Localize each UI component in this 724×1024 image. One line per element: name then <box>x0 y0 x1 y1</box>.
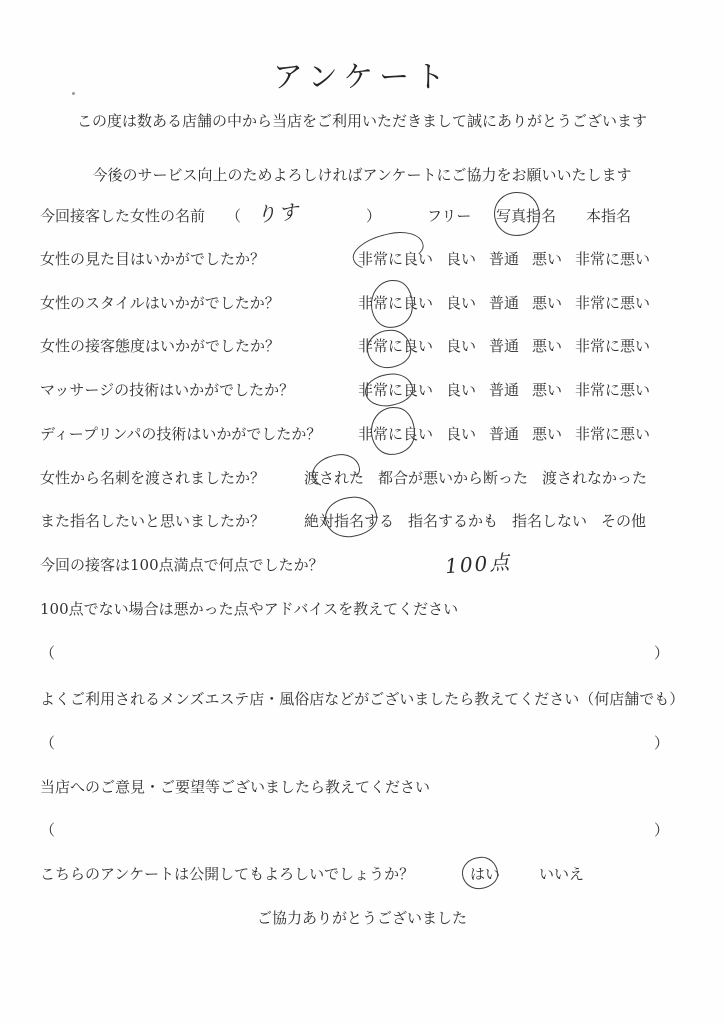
question-shimei-label: また指名したいと思いましたか？ <box>40 512 265 530</box>
rating-option: 普通 <box>489 425 519 443</box>
publish-option-no: いいえ <box>539 865 584 883</box>
publish-option-yes: はい <box>470 865 500 883</box>
rating-option: 普通 <box>489 294 519 312</box>
rating-option: 非常に悪い <box>575 337 650 355</box>
name-question-label: 今回接客した女性の名前 <box>40 207 205 225</box>
advice-open-paren: （ <box>40 644 55 662</box>
other-shops-close-paren: ） <box>654 734 669 752</box>
shimei-option: その他 <box>601 512 646 530</box>
option-free: フリー <box>427 207 471 225</box>
shimei-option: 指名しない <box>512 512 587 530</box>
intro-line-1: この度は数ある店舗の中から当店をご利用いただきまして誠にありがとうございます <box>0 110 724 131</box>
rating-option: 非常に悪い <box>575 425 650 443</box>
opinion-label: 当店へのご意見・ご要望等ございましたら教えてください <box>40 778 430 796</box>
rating-option: 悪い <box>532 294 562 312</box>
rating-option: 非常に悪い <box>575 381 650 399</box>
rating-option: 悪い <box>532 381 562 399</box>
rating-option: 良い <box>446 425 476 443</box>
rating-option: 非常に良い <box>358 337 433 355</box>
rating-option: 良い <box>446 337 476 355</box>
shimei-option: 絶対指名する <box>304 512 394 530</box>
rating-option: 非常に悪い <box>575 294 650 312</box>
name-open-paren: （ <box>226 207 241 225</box>
option-photo-shimei: 写真指名 <box>496 207 556 225</box>
rating-option: 非常に良い <box>358 381 433 399</box>
scan-speck <box>72 92 75 95</box>
rating-option: 悪い <box>532 337 562 355</box>
rating-option: 悪い <box>532 425 562 443</box>
name-close-paren: ） <box>366 207 381 225</box>
other-shops-label: よくご利用されるメンズエステ店・風俗店などがございましたら教えてください（何店舗… <box>40 690 684 708</box>
question-deeplymph-label: ディープリンパの技術はいかがでしたか？ <box>40 425 321 443</box>
advice-close-paren: ） <box>654 644 669 662</box>
handwritten-name: りす <box>255 196 301 228</box>
rating-option: 普通 <box>489 381 519 399</box>
question-score-label: 今回の接客は100点満点で何点でしたか？ <box>40 556 324 574</box>
meishi-option: 渡された <box>304 469 364 487</box>
page-title: アンケート <box>0 52 724 96</box>
opinion-close-paren: ） <box>654 821 669 839</box>
rating-option: 非常に良い <box>358 250 433 268</box>
question-style-label: 女性のスタイルはいかがでしたか？ <box>40 294 280 312</box>
rating-option: 良い <box>446 294 476 312</box>
publish-question-label: こちらのアンケートは公開してもよろしいでしょうか？ <box>40 865 414 883</box>
rating-option: 非常に良い <box>358 425 433 443</box>
other-shops-open-paren: （ <box>40 734 55 752</box>
rating-option: 非常に良い <box>358 294 433 312</box>
shimei-option: 指名するかも <box>408 512 498 530</box>
rating-option: 普通 <box>489 250 519 268</box>
rating-option: 良い <box>446 250 476 268</box>
question-massage-label: マッサージの技術はいかがでしたか？ <box>40 381 294 399</box>
thanks-line: ご協力ありがとうございました <box>0 907 724 928</box>
rating-option: 良い <box>446 381 476 399</box>
rating-option: 普通 <box>489 337 519 355</box>
advice-label: 100点でない場合は悪かった点やアドバイスを教えてください <box>40 600 458 618</box>
intro-line-2: 今後のサービス向上のためよろしければアンケートにご協力をお願いいたします <box>0 164 724 185</box>
handwritten-score: 100点 <box>444 546 512 580</box>
question-attitude-label: 女性の接客態度はいかがでしたか？ <box>40 337 280 355</box>
meishi-option: 都合が悪いから断った <box>378 469 528 487</box>
meishi-option: 渡されなかった <box>542 469 647 487</box>
survey-sheet: アンケート この度は数ある店舗の中から当店をご利用いただきまして誠にありがとうご… <box>0 0 724 1024</box>
rating-option: 悪い <box>532 250 562 268</box>
question-meishi-label: 女性から名刺を渡されましたか？ <box>40 469 265 487</box>
question-looks-label: 女性の見た目はいかがでしたか？ <box>40 250 265 268</box>
option-hon-shimei: 本指名 <box>586 207 631 225</box>
rating-option: 非常に悪い <box>575 250 650 268</box>
opinion-open-paren: （ <box>40 821 55 839</box>
